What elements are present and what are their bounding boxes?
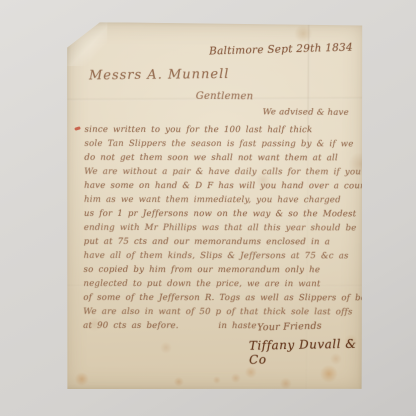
letter-body-line: us for 1 pr Jeffersons now on the way & … xyxy=(84,207,358,221)
letter-body-line: We are also in want of 50 p of that thic… xyxy=(83,305,357,319)
letter-paper: Baltimore Sept 29th 1834 Messrs A. Munne… xyxy=(65,22,365,391)
corner-fold xyxy=(67,22,107,66)
closing-line: Your Friends xyxy=(257,321,322,334)
letter-body-line: so copied by him from our memorandum onl… xyxy=(84,263,358,277)
date-line: Baltimore Sept 29th 1834 xyxy=(209,41,353,57)
letter-body-line: sole Tan Slippers the season is fast pas… xyxy=(84,137,358,151)
salutation-line: Gentlemen xyxy=(196,91,254,102)
opening-line: We advised & have xyxy=(263,107,349,118)
recipient-line: Messrs A. Munnell xyxy=(89,67,230,83)
letter-body-line: have all of them kinds, Slips & Jefferso… xyxy=(84,249,358,263)
letter-body-line: have some on hand & D F has will you han… xyxy=(84,179,358,193)
letter-body-line: of some of the Jefferson R. Togs as well… xyxy=(83,291,357,305)
letter-body-line: ending with Mr Phillips was that all thi… xyxy=(84,221,358,235)
letter-body-line: put at 75 cts and our memorandums enclos… xyxy=(84,235,358,249)
letter-body-line: him as we want them immediately, you hav… xyxy=(84,193,358,207)
letter-body-line: do not get them soon we shall not want t… xyxy=(84,151,358,165)
letter-body-line: since written to you for the 100 last ha… xyxy=(85,123,359,137)
letter-body-line: neglected to put down the price, we are … xyxy=(83,277,357,291)
letter-body: since written to you for the 100 last ha… xyxy=(83,122,358,334)
red-ink-mark xyxy=(74,126,81,131)
signature-line: Tiffany Duvall & Co xyxy=(249,337,363,367)
letter-body-line: We are without a pair & have daily calls… xyxy=(84,165,358,179)
photo-background: Baltimore Sept 29th 1834 Messrs A. Munne… xyxy=(0,0,416,416)
